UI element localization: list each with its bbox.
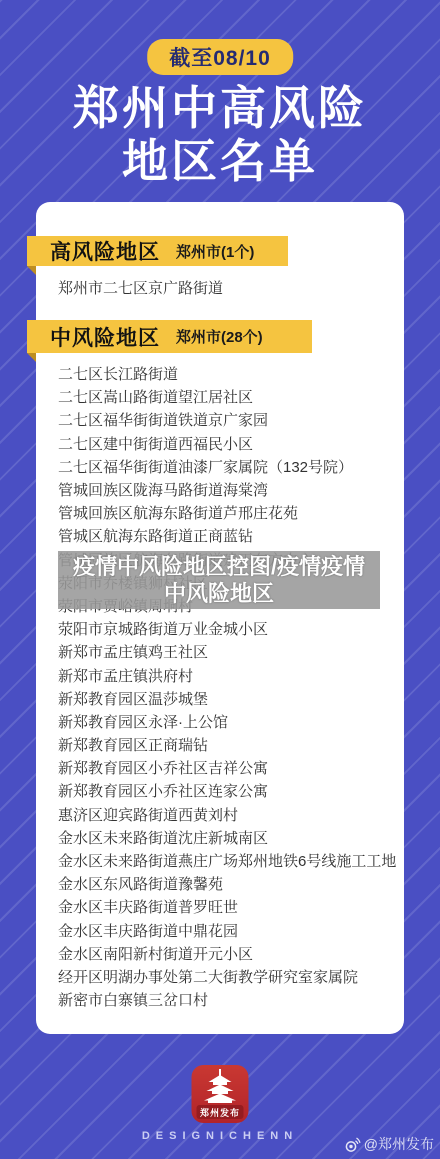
watermark-overlay: 疫情中风险地区控图/疫情疫情 中风险地区 xyxy=(58,551,380,609)
list-item: 金水区南阳新村街道开元小区 xyxy=(58,942,398,965)
list-item: 经开区明湖办事处第二大街教学研究室家属院 xyxy=(58,965,398,988)
risk-list-card: 高风险地区 郑州市(1个) 郑州市二七区京广路街道 中风险地区 郑州市(28个)… xyxy=(36,202,404,1034)
watermark-line2: 中风险地区 xyxy=(164,580,274,607)
app-name-band: 郑州发布 xyxy=(197,1105,244,1119)
list-item: 新郑教育园区正商瑞钻 xyxy=(58,733,398,756)
medium-risk-section-header: 中风险地区 郑州市(28个) xyxy=(27,320,312,353)
medium-risk-list: 二七区长江路街道二七区嵩山路街道望江居社区二七区福华街街道铁道京广家园二七区建中… xyxy=(58,362,398,1011)
page-title: 郑州中高风险 地区名单 xyxy=(0,82,440,188)
list-item: 新郑教育园区小乔社区吉祥公寓 xyxy=(58,756,398,779)
list-item: 新郑市孟庄镇鸡王社区 xyxy=(58,640,398,663)
weibo-credit: @郑州发布 xyxy=(344,1134,434,1154)
date-badge: 截至08/10 xyxy=(147,39,293,75)
list-item: 惠济区迎宾路街道西黄刘村 xyxy=(58,803,398,826)
medium-risk-count: 郑州市(28个) xyxy=(176,326,263,347)
poster-zhengzhou-risk-areas: { "page": { "date_badge": "截至08/10", "ti… xyxy=(0,0,440,1159)
list-item: 新郑教育园区小乔社区连家公寓 xyxy=(58,779,398,802)
list-item: 新郑市孟庄镇洪府村 xyxy=(58,663,398,686)
list-item: 金水区丰庆路街道普罗旺世 xyxy=(58,895,398,918)
pagoda-icon xyxy=(200,1069,241,1105)
list-item: 荥阳市京城路街道万业金城小区 xyxy=(58,617,398,640)
list-item: 新郑教育园区温莎城堡 xyxy=(58,687,398,710)
high-risk-label: 高风险地区 xyxy=(50,236,160,266)
ribbon-fold-decoration xyxy=(27,353,36,362)
list-item: 二七区建中街街道西福民小区 xyxy=(58,432,398,455)
ribbon-fold-decoration xyxy=(27,266,36,275)
watermark-line1: 疫情中风险地区控图/疫情疫情 xyxy=(73,553,365,580)
list-item: 二七区福华街街道铁道京广家园 xyxy=(58,408,398,431)
list-item: 二七区嵩山路街道望江居社区 xyxy=(58,385,398,408)
page-title-line1: 郑州中高风险 xyxy=(0,82,440,135)
list-item: 新密市白寨镇三岔口村 xyxy=(58,988,398,1011)
list-item: 金水区丰庆路街道中鼎花园 xyxy=(58,919,398,942)
high-risk-item: 郑州市二七区京广路街道 xyxy=(58,276,223,299)
list-item: 金水区未来路街道燕庄广场郑州地铁6号线施工工地 xyxy=(58,849,398,872)
list-item: 管城回族区航海东路街道芦邢庄花苑 xyxy=(58,501,398,524)
list-item: 二七区福华街街道油漆厂家属院（132号院） xyxy=(58,455,398,478)
list-item: 二七区长江路街道 xyxy=(58,362,398,385)
list-item: 金水区未来路街道沈庄新城南区 xyxy=(58,826,398,849)
list-item: 金水区东风路街道豫馨苑 xyxy=(58,872,398,895)
high-risk-section-header: 高风险地区 郑州市(1个) xyxy=(27,236,288,266)
list-item: 管城区航海东路街道正商蓝钻 xyxy=(58,524,398,547)
list-item: 新郑教育园区永泽·上公馆 xyxy=(58,710,398,733)
weibo-icon xyxy=(344,1136,361,1153)
list-item: 管城回族区陇海马路街道海棠湾 xyxy=(58,478,398,501)
page-title-line2: 地区名单 xyxy=(0,135,440,188)
medium-risk-label: 中风险地区 xyxy=(50,322,160,352)
high-risk-count: 郑州市(1个) xyxy=(176,241,254,262)
zhengzhou-fabu-app-icon: 郑州发布 xyxy=(192,1065,249,1123)
weibo-credit-text: @郑州发布 xyxy=(364,1134,434,1154)
